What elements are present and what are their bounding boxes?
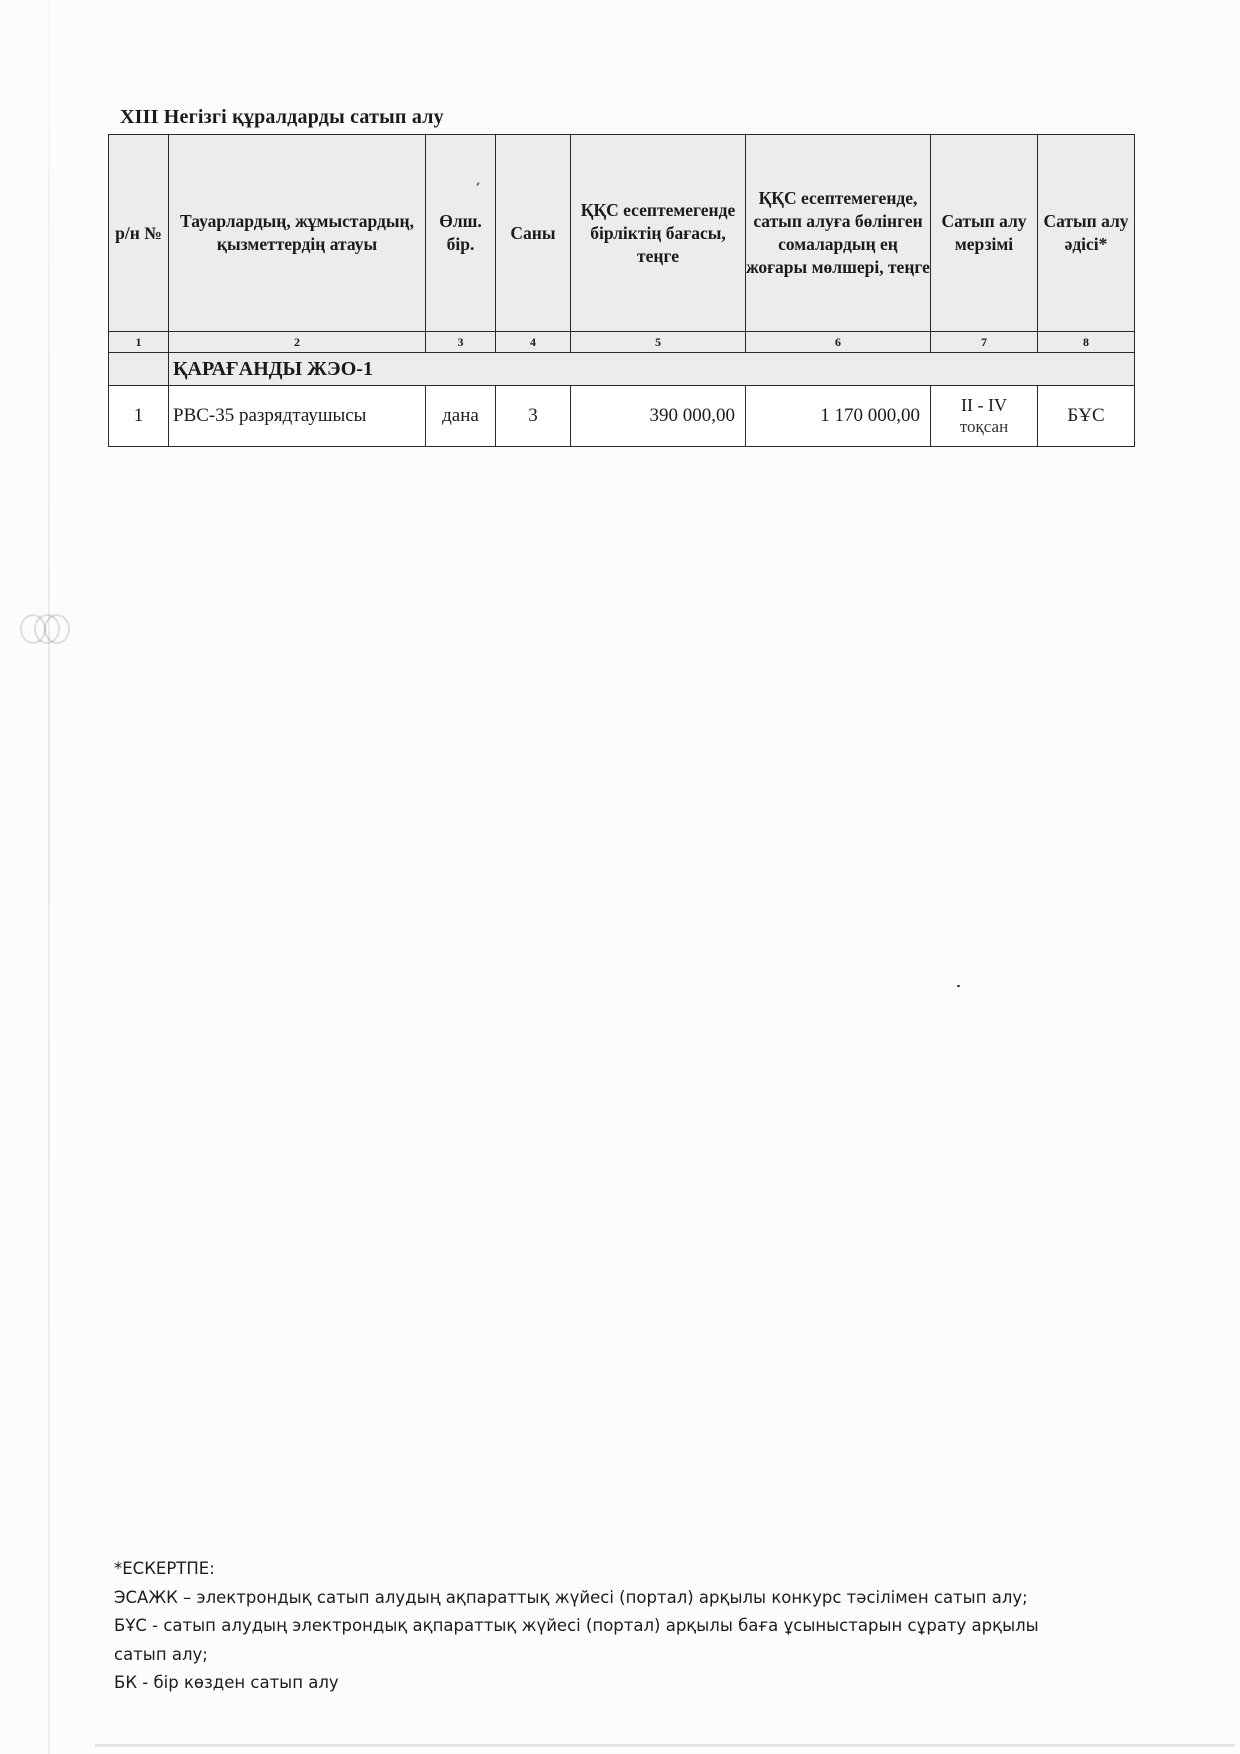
header-row: р/н № Тауарлардың, жұмыстардың, қызметте…: [109, 135, 1135, 332]
section-row: ҚАРАҒАНДЫ ЖЭО-1: [109, 353, 1135, 386]
cell-unit-price: 390 000,00: [571, 386, 746, 447]
cell-method: БҰС: [1038, 386, 1135, 447]
hole-punch-mark: [20, 612, 68, 642]
header-item-name: Тауарлардың, жұмыстардың, қызметтердің а…: [169, 135, 426, 332]
page-edge-shadow: [48, 0, 50, 1754]
column-number: 7: [931, 332, 1038, 353]
table-row: 1 РВС-35 разрядтаушысы дана 3 390 000,00…: [109, 386, 1135, 447]
column-number: 1: [109, 332, 169, 353]
header-method: Сатып алу әдісі*: [1038, 135, 1135, 332]
column-number-row: 1 2 3 4 5 6 7 8: [109, 332, 1135, 353]
header-unit-price: ҚҚС есептемегенде бірліктің бағасы, теңг…: [571, 135, 746, 332]
header-unit: Өлш. бір.: [426, 135, 496, 332]
cell-unit: дана: [426, 386, 496, 447]
page-bottom-edge: [95, 1744, 1235, 1747]
section-name: ҚАРАҒАНДЫ ЖЭО-1: [169, 353, 1135, 386]
column-number: 3: [426, 332, 496, 353]
column-number: 6: [746, 332, 931, 353]
scan-speck: [957, 985, 960, 987]
column-number: 8: [1038, 332, 1135, 353]
footnote-bus: БҰС - сатып алудың электрондық ақпаратты…: [114, 1612, 1094, 1669]
footnote-esazhk: ЭСАЖК – электрондық сатып алудың ақпарат…: [114, 1584, 1094, 1613]
procurement-table: р/н № Тауарлардың, жұмыстардың, қызметте…: [108, 134, 1135, 447]
period-quarters: II - IV: [961, 395, 1007, 415]
cell-quantity: 3: [496, 386, 571, 447]
cell-item-name: РВС-35 разрядтаушысы: [169, 386, 426, 447]
column-number: 5: [571, 332, 746, 353]
period-unit: тоқсан: [931, 416, 1037, 438]
header-quantity: Саны: [496, 135, 571, 332]
cell-row-number: 1: [109, 386, 169, 447]
header-period: Сатып алу мерзімі: [931, 135, 1038, 332]
cell-max-amount: 1 170 000,00: [746, 386, 931, 447]
column-number: 4: [496, 332, 571, 353]
footnote-title: *ЕСКЕРТПЕ:: [114, 1555, 1094, 1584]
footnote-bk: БК - бір көзден сатып алу: [114, 1669, 1094, 1698]
header-max-amount: ҚҚС есептемегенде, сатып алуға бөлінген …: [746, 135, 931, 332]
section-title: XIII Негізгі құралдарды сатып алу: [120, 106, 444, 129]
section-row-spacer: [109, 353, 169, 386]
header-row-number: р/н №: [109, 135, 169, 332]
footnotes: *ЕСКЕРТПЕ: ЭСАЖК – электрондық сатып алу…: [114, 1555, 1094, 1698]
cell-period: II - IV тоқсан: [931, 386, 1038, 447]
column-number: 2: [169, 332, 426, 353]
